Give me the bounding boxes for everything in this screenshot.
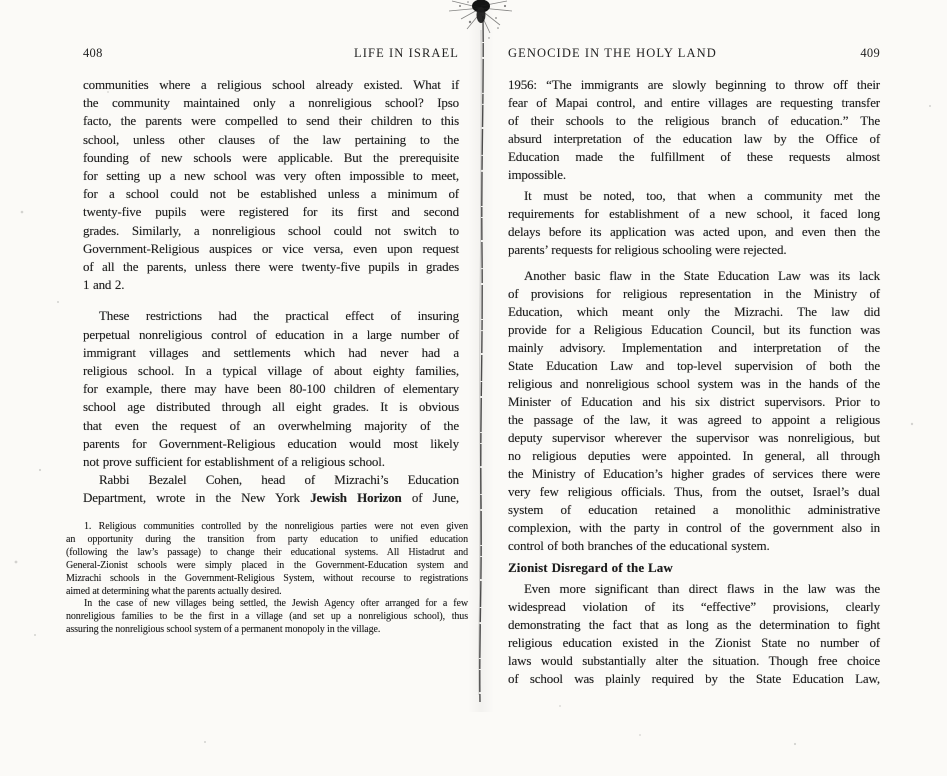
text-line: system of education retained a monolithi… <box>508 501 880 519</box>
text-line: Government-Religious auspices or vice ve… <box>83 240 459 258</box>
text-line: perpetual nonreligious control of educat… <box>83 326 459 344</box>
text-line: absurd interpretation of the education l… <box>508 130 880 148</box>
running-title-left: LIFE IN ISRAEL <box>354 44 459 62</box>
text-line: of their schools to the religious branch… <box>508 112 880 130</box>
text-line: Education made the fulfillment of these … <box>508 148 880 166</box>
left-page: 408 LIFE IN ISRAEL communities where a r… <box>83 44 459 508</box>
text-line: It must be noted, too, that when a commu… <box>508 187 880 205</box>
text-line: the community maintained only a nonrelig… <box>83 94 459 112</box>
text-line: Minister of Education and his six distri… <box>508 393 880 411</box>
right-page-header: GENOCIDE IN THE HOLY LAND 409 <box>508 44 880 62</box>
text-line: provide for a Religious Education Counci… <box>508 321 880 339</box>
text-line: demonstrating the fact that as long as t… <box>508 616 880 634</box>
text-line: the passage of the law, it was agreed to… <box>508 411 880 429</box>
text-line: religious education existed in the Zioni… <box>508 634 880 652</box>
text-line: school, unless other clauses of the law … <box>83 131 459 149</box>
text-line: Another basic flaw in the State Educatio… <box>508 267 880 285</box>
left-page-body: communities where a religious school alr… <box>83 76 459 508</box>
text-line: no religious deputies were appointed. In… <box>508 447 880 465</box>
text-line: very few religious officials. Thus, from… <box>508 483 880 501</box>
text-line: of school was plainly required by the St… <box>508 670 880 688</box>
text-line: These restrictions had the practical eff… <box>83 307 459 325</box>
text-line: assuring the nonreligious school system … <box>66 624 468 637</box>
text-line: of all the parents, unless there were tw… <box>83 258 459 276</box>
text-line: complexion, with the party in control of… <box>508 519 880 537</box>
running-title-right: GENOCIDE IN THE HOLY LAND <box>508 44 717 62</box>
text-line: religious and nonreligious school system… <box>508 375 880 393</box>
page-number-right: 409 <box>860 44 880 62</box>
left-page-footnote: 1. Religious communities controlled by t… <box>66 521 468 637</box>
text-line: twenty-five pupils were registered for i… <box>83 203 459 221</box>
text-line: facto, the parents were compelled to sen… <box>83 112 459 130</box>
text-line: 1 and 2. <box>83 276 459 294</box>
paragraph: communities where a religious school alr… <box>83 76 459 294</box>
paragraph: It must be noted, too, that when a commu… <box>508 187 880 259</box>
paragraph: 1. Religious communities controlled by t… <box>66 521 468 598</box>
text-line: grades. Similarly, a nonreligious school… <box>83 222 459 240</box>
text-line: an opportunity during the transition fro… <box>66 534 468 547</box>
left-page-header: 408 LIFE IN ISRAEL <box>83 44 459 62</box>
text-line: of provisions for religious representati… <box>508 285 880 303</box>
text-line: for setting up a new school was very oft… <box>83 167 459 185</box>
text-line: requirements for establishment of a new … <box>508 205 880 223</box>
text-line: school age distributed through all eight… <box>83 398 459 416</box>
text-line: laws would substantially alter the situa… <box>508 652 880 670</box>
text-line: State Education Law and top-level superv… <box>508 357 880 375</box>
paragraph: Even more significant than direct flaws … <box>508 580 880 688</box>
text-line: nonreligious families to be the first in… <box>66 611 468 624</box>
text-line: Education, which meant only the Mizrachi… <box>508 303 880 321</box>
text-line: that even the request of an overwhelming… <box>83 417 459 435</box>
text-line: parents’ requests for religious schoolin… <box>508 241 880 259</box>
text-line: parents for Government-Religious educati… <box>83 435 459 453</box>
text-line: communities where a religious school alr… <box>83 76 459 94</box>
text-line: mainly advisory. Implementation and inte… <box>508 339 880 357</box>
paragraph: These restrictions had the practical eff… <box>83 307 459 471</box>
text-line: for a school could not be established un… <box>83 185 459 203</box>
text-line: Department, wrote in the New York Jewish… <box>83 489 459 507</box>
text-line: impossible. <box>508 166 880 184</box>
text-line: not prove sufficient for establishment o… <box>83 453 459 471</box>
text-line: control of both branches of the educatio… <box>508 537 880 555</box>
paragraph: 1956: “The immigrants are slowly beginni… <box>508 76 880 184</box>
paragraph: Another basic flaw in the State Educatio… <box>508 267 880 555</box>
text-line: religious school. In a typical village o… <box>83 362 459 380</box>
text-line: delays before its application was acted … <box>508 223 880 241</box>
text-line: General-Zionist schools were simply plac… <box>66 560 468 573</box>
text-line: the Ministry of Education’s higher grade… <box>508 465 880 483</box>
text-line: (following the law’s passage) to change … <box>66 547 468 560</box>
text-line: 1. Religious communities controlled by t… <box>66 521 468 534</box>
text-line: fear of Mapai control, and entire villag… <box>508 94 880 112</box>
paragraph: Rabbi Bezalel Cohen, head of Mizrachi’s … <box>83 471 459 507</box>
text-line: 1956: “The immigrants are slowly beginni… <box>508 76 880 94</box>
text-line: widespread violation of its “effective” … <box>508 598 880 616</box>
text-line: Rabbi Bezalel Cohen, head of Mizrachi’s … <box>83 471 459 489</box>
text-line: aimed at determining what the parents ac… <box>66 586 468 599</box>
center-fold-shadow <box>468 0 494 712</box>
ink-blot-artifact <box>449 0 512 39</box>
text-line: deputy supervisor wherever the superviso… <box>508 429 880 447</box>
right-page: GENOCIDE IN THE HOLY LAND 409 1956: “The… <box>508 44 880 688</box>
paragraph: In the case of new villages being settle… <box>66 598 468 637</box>
text-line: for example, there may have been 80-100 … <box>83 380 459 398</box>
text-line: founding of new schools were applicable.… <box>83 149 459 167</box>
text-line: In the case of new villages being settle… <box>66 598 468 611</box>
section-heading: Zionist Disregard of the Law <box>508 559 880 577</box>
text-line: immigrant villages and settlements which… <box>83 344 459 362</box>
text-line: Mizrachi schools in the Government-Relig… <box>66 573 468 586</box>
page-number-left: 408 <box>83 44 103 62</box>
center-fold-line <box>479 16 483 702</box>
right-page-body: 1956: “The immigrants are slowly beginni… <box>508 76 880 688</box>
text-line: Even more significant than direct flaws … <box>508 580 880 598</box>
book-scan: 408 LIFE IN ISRAEL communities where a r… <box>0 0 947 776</box>
